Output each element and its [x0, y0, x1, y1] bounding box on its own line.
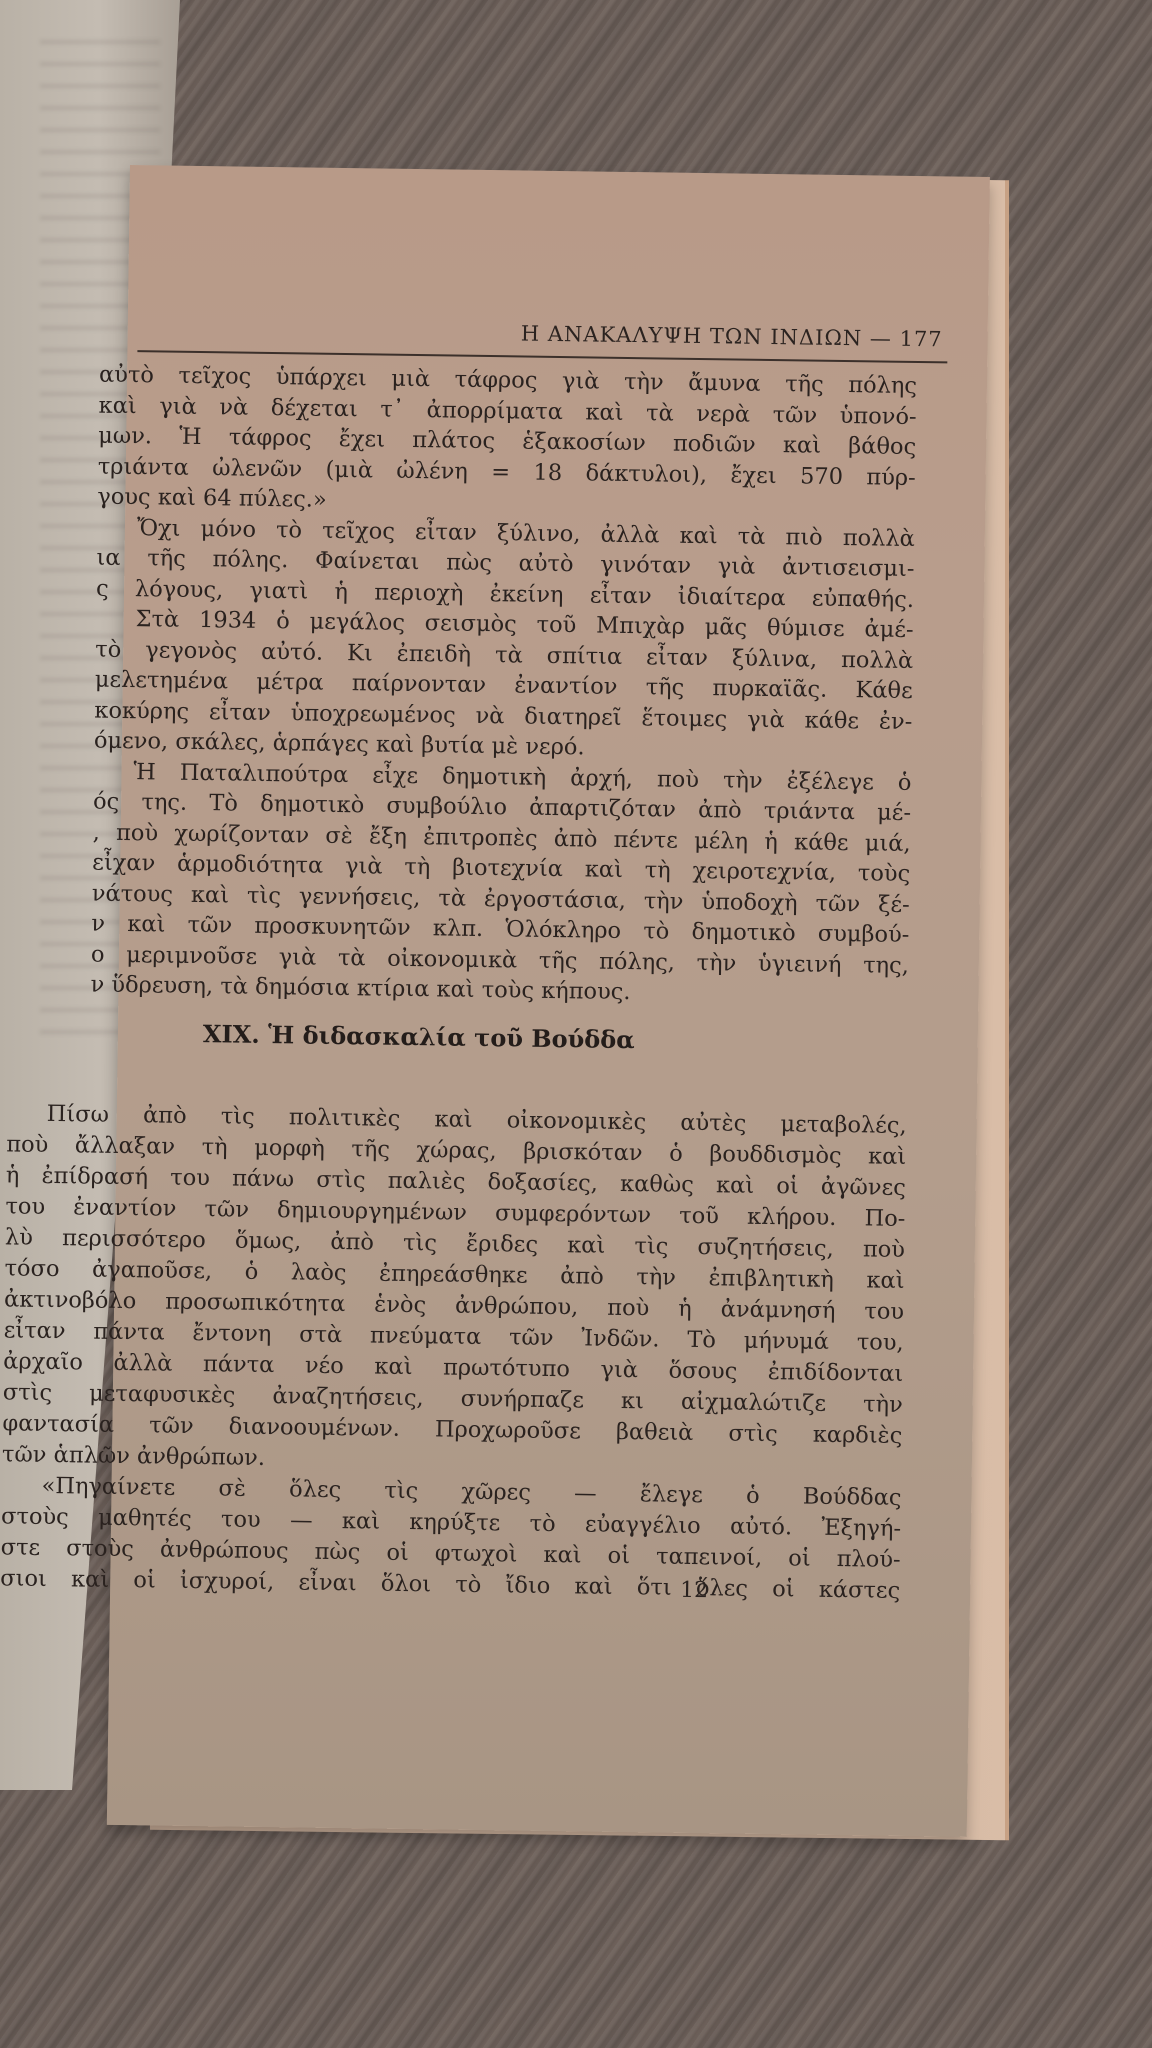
running-title: Η ΑΝΑΚΑΛΥΨΗ ΤΩΝ ΙΝΔΙΩΝ — 177: [521, 321, 943, 351]
section-body: Πίσω ἀπὸ τὶς πολιτικὲς καὶ οἰκονομικὲς α…: [0, 1098, 907, 1607]
running-header: Η ΑΝΑΚΑΛΥΨΗ ΤΩΝ ΙΝΔΙΩΝ — 177: [137, 310, 948, 363]
section-heading: XIX. Ἡ διδασκαλία τοῦ Βούδδα: [203, 1019, 635, 1054]
signature-mark: 12: [680, 1578, 708, 1603]
book-page: Η ΑΝΑΚΑΛΥΨΗ ΤΩΝ ΙΝΔΙΩΝ — 177 αὐτὸ τεῖχος…: [107, 165, 990, 1837]
top-text-block: αὐτὸ τεῖχος ὑπάρχει μιὰ τάφρος γιὰ τὴν ἄ…: [90, 360, 917, 1012]
